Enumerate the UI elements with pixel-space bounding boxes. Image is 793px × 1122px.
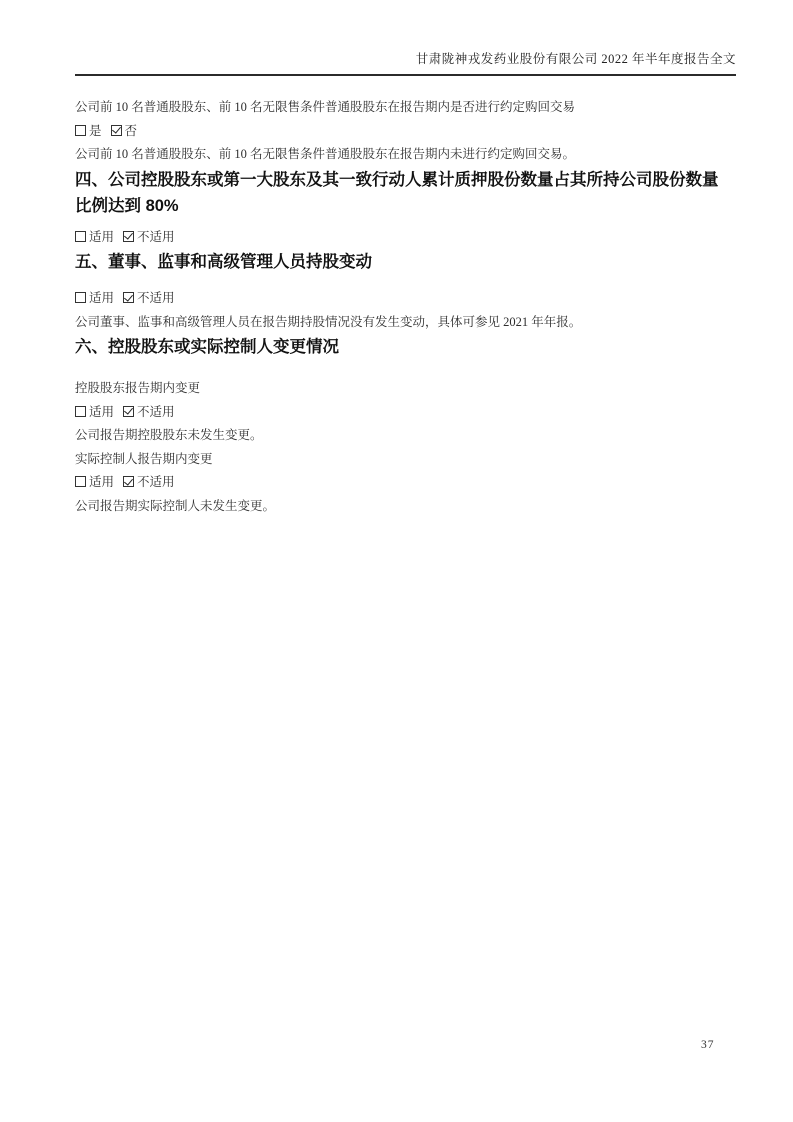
section-5-note: 公司董事、监事和高级管理人员在报告期持股情况没有发生变动，具体可参见 2021 … [75, 311, 736, 335]
controlling-shareholder-not-applicable: 不适用 [123, 405, 175, 419]
checkbox-unchecked-icon [75, 125, 86, 136]
option-yes: 是 [75, 124, 102, 138]
applicable-label: 适用 [89, 230, 114, 244]
checkbox-unchecked-icon [75, 476, 86, 487]
repurchase-options-row: 是否 [75, 120, 736, 144]
controlling-shareholder-note: 公司报告期控股股东未发生变更。 [75, 424, 736, 448]
applicable-label: 适用 [89, 405, 114, 419]
not-applicable-label: 不适用 [137, 405, 175, 419]
section-4-not-applicable: 不适用 [123, 230, 175, 244]
checkbox-unchecked-icon [75, 231, 86, 242]
not-applicable-label: 不适用 [137, 475, 175, 489]
section-6-title: 六、控股股东或实际控制人变更情况 [75, 334, 736, 360]
section-5-applicable: 适用 [75, 291, 114, 305]
applicable-label: 适用 [89, 291, 114, 305]
checkbox-unchecked-icon [75, 292, 86, 303]
not-applicable-label: 不适用 [137, 291, 175, 305]
option-no: 否 [111, 124, 138, 138]
actual-controller-note: 公司报告期实际控制人未发生变更。 [75, 495, 736, 519]
actual-controller-options-row: 适用不适用 [75, 471, 736, 495]
option-no-label: 否 [125, 124, 138, 138]
controlling-shareholder-applicable: 适用 [75, 405, 114, 419]
actual-controller-not-applicable: 不适用 [123, 475, 175, 489]
report-header-title: 甘肃陇神戎发药业股份有限公司 2022 年半年度报告全文 [416, 52, 736, 66]
checkbox-checked-icon [123, 231, 134, 242]
controlling-shareholder-heading: 控股股东报告期内变更 [75, 377, 736, 401]
actual-controller-heading: 实际控制人报告期内变更 [75, 448, 736, 472]
section-6-block: 控股股东报告期内变更 适用不适用 公司报告期控股股东未发生变更。 实际控制人报告… [75, 377, 736, 518]
section-5-title: 五、董事、监事和高级管理人员持股变动 [75, 249, 736, 275]
repurchase-block: 公司前 10 名普通股股东、前 10 名无限售条件普通股股东在报告期内是否进行约… [75, 96, 736, 167]
actual-controller-applicable: 适用 [75, 475, 114, 489]
document-page: 甘肃陇神戎发药业股份有限公司 2022 年半年度报告全文 公司前 10 名普通股… [0, 0, 793, 1122]
section-4-title: 四、公司控股股东或第一大股东及其一致行动人累计质押股份数量占其所持公司股份数量比… [75, 167, 725, 219]
checkbox-checked-icon [123, 292, 134, 303]
applicable-label: 适用 [89, 475, 114, 489]
checkbox-checked-icon [123, 406, 134, 417]
repurchase-question: 公司前 10 名普通股股东、前 10 名无限售条件普通股股东在报告期内是否进行约… [75, 96, 736, 120]
option-yes-label: 是 [89, 124, 102, 138]
repurchase-answer: 公司前 10 名普通股股东、前 10 名无限售条件普通股股东在报告期内未进行约定… [75, 143, 736, 167]
controlling-shareholder-options-row: 适用不适用 [75, 401, 736, 425]
checkbox-checked-icon [111, 125, 122, 136]
section-5-block: 适用不适用 公司董事、监事和高级管理人员在报告期持股情况没有发生变动，具体可参见… [75, 287, 736, 334]
section-4-options-row: 适用不适用 [75, 226, 736, 250]
section-4-applicable: 适用 [75, 230, 114, 244]
page-number: 37 [701, 1039, 715, 1051]
not-applicable-label: 不适用 [137, 230, 175, 244]
checkbox-checked-icon [123, 476, 134, 487]
page-header: 甘肃陇神戎发药业股份有限公司 2022 年半年度报告全文 [75, 52, 736, 76]
checkbox-unchecked-icon [75, 406, 86, 417]
section-5-not-applicable: 不适用 [123, 291, 175, 305]
section-5-options-row: 适用不适用 [75, 287, 736, 311]
